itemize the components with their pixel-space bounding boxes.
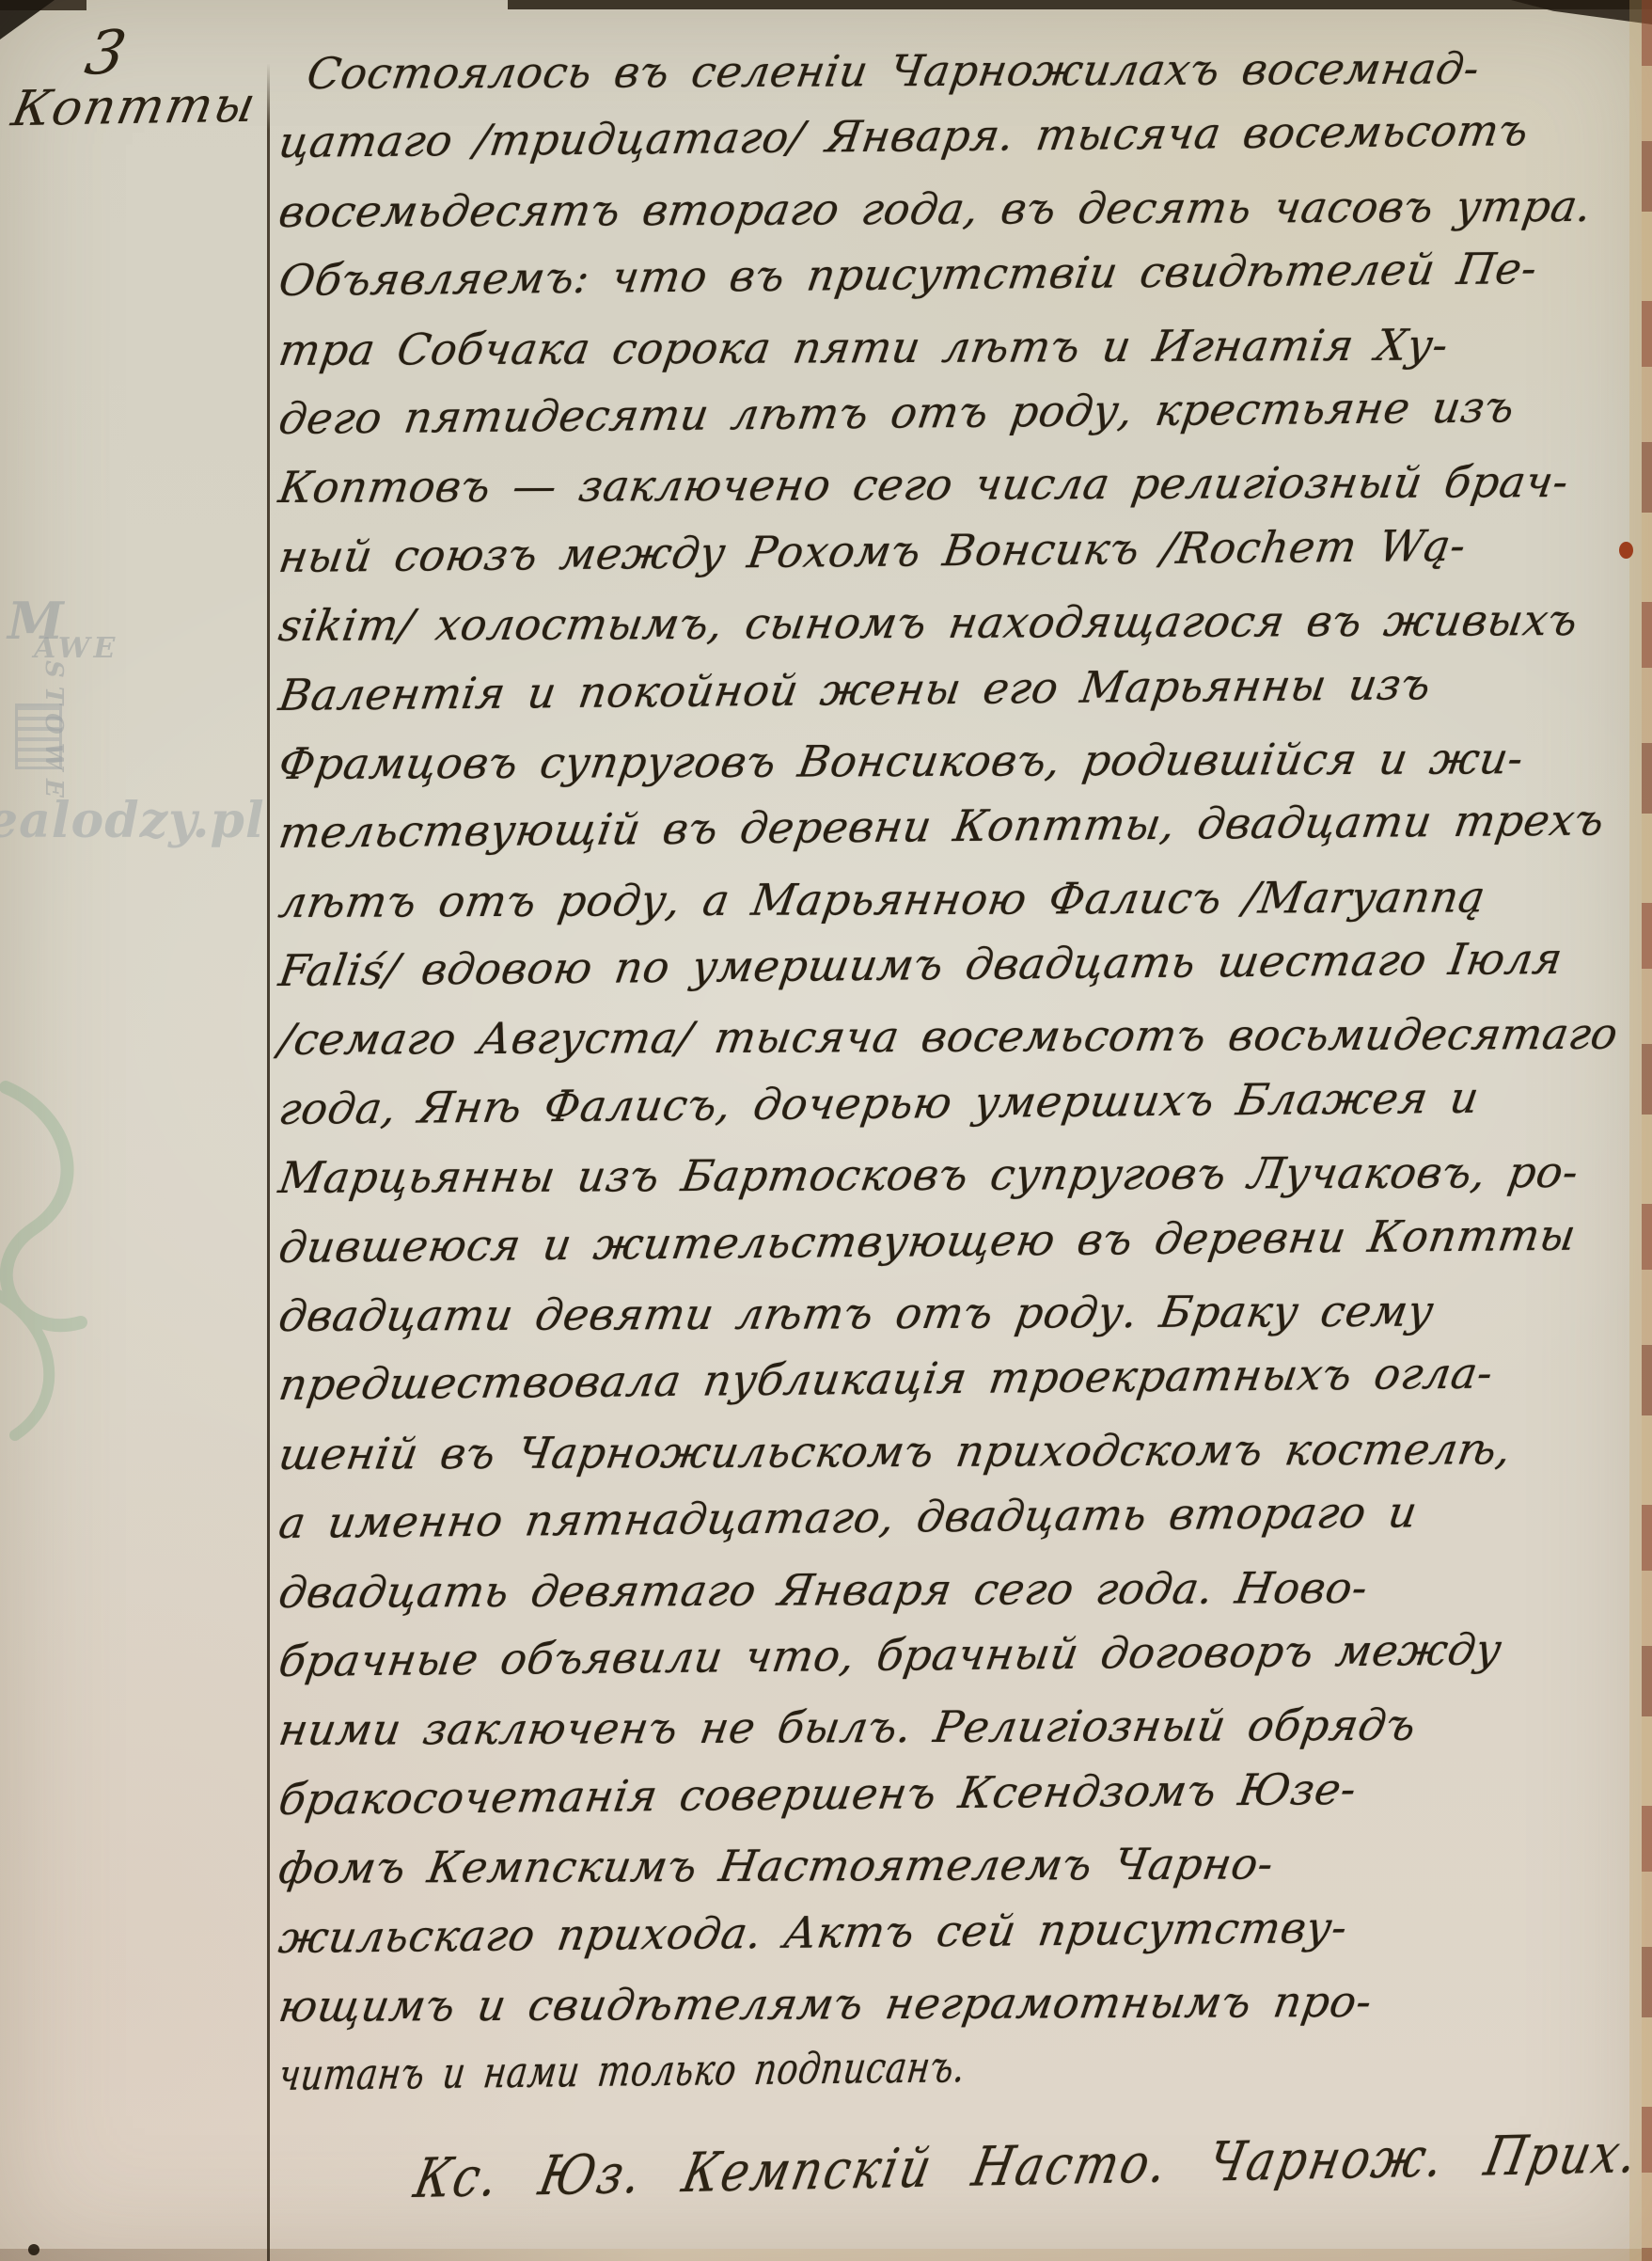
village-margin-note: Коптты (8, 77, 262, 137)
watermark-logo (15, 704, 62, 769)
text-line: ный союзъ между Рохомъ Вонсикъ /Rochem W… (275, 510, 1652, 592)
text-line: тельствующій въ деревни Коптты, двадцати… (275, 785, 1652, 867)
text-line: цатаго /тридцатаго/ Января. тысяча восем… (275, 95, 1652, 177)
text-line: ющимъ и свидѣтелямъ неграмотнымъ про- (274, 1967, 1652, 2042)
document-page: M AWE STOWE ealodzy.pl 3 Коптты Состояло… (0, 0, 1652, 2261)
ink-speck (28, 2244, 39, 2255)
text-line: предшествовала публикація троекратныхъ о… (275, 1337, 1652, 1419)
text-line: а именно пятнадцатаго, двадцать втораго … (275, 1476, 1652, 1557)
text-line: бракосочетанія совершенъ Ксендзомъ Юзе- (275, 1752, 1652, 1834)
scan-corner-top-left (0, 0, 55, 40)
text-line: Валентія и покойной жены его Марьянны из… (275, 648, 1652, 730)
scan-edge-bottom (0, 2249, 1652, 2261)
text-line: жильскаго прихода. Актъ сей присутству- (275, 1890, 1652, 1972)
watermark-site-name: ealodzy.pl (0, 792, 265, 849)
text-block: Состоялось въ селеніи Чарножилахъ восемн… (278, 40, 1651, 2111)
margin-rule (267, 64, 270, 2261)
text-line: читанъ и нами только подписанъ. (275, 2028, 1383, 2110)
watermark-green-glyphs (0, 1059, 118, 1454)
text-line: Объявляемъ: что въ присутствіи свидѣтеле… (275, 233, 1652, 315)
text-line: дего пятидесяти лѣтъ отъ роду, крестьяне… (275, 372, 1652, 453)
text-line: Faliś/ вдовою по умершимъ двадцать шеста… (275, 924, 1652, 1005)
text-line: брачные объявили что, брачный договоръ м… (275, 1614, 1652, 1696)
text-line: дившеюся и жительствующею въ деревни Коп… (275, 1200, 1652, 1282)
text-line: года, Янѣ Фалисъ, дочерью умершихъ Блаже… (275, 1062, 1652, 1144)
scan-edge-top-right (508, 0, 1652, 9)
priest-signature: Кс. Юз. Кемпскій Насто. Чарнож. Прих. (409, 2121, 1644, 2210)
